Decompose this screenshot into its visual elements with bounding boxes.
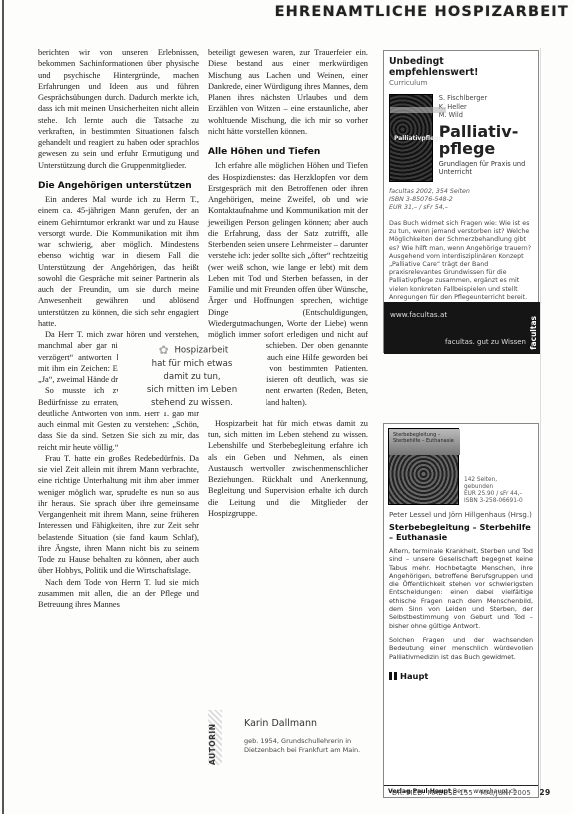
book-author: K. Heller <box>439 103 533 112</box>
author-box: AUTORIN Karin Dallmann geb. 1954, Grunds… <box>208 708 368 768</box>
ad-footer: www.facultas.at facultas. gut zu Wissen … <box>384 302 540 354</box>
quote-line: damit zu tun, <box>118 371 266 384</box>
book-cover-image: Sterbebegleitung – Sterbehilfe – Euthana… <box>388 428 459 505</box>
book-info: Sterbebegleitung – Sterbehilfe – Euthana… <box>384 424 538 505</box>
paragraph: Hospizarbeit hat für mich etwas damit zu… <box>208 418 368 519</box>
paragraph: Nach dem Tode von Herrn T. lud sie mich … <box>38 577 199 611</box>
paragraph: Ein anderes Mal wurde ich zu Herrn T., e… <box>38 194 199 329</box>
quote-line: hat für mich etwas <box>118 358 266 371</box>
paragraph: beteiligt gewesen waren, zur Trauerfeier… <box>208 47 368 137</box>
subheading: Alle Höhen und Tiefen <box>208 147 368 158</box>
publisher-url[interactable]: www.facultas.at <box>390 310 447 319</box>
column-divider <box>540 48 541 798</box>
ad-description: Das Buch widmet sich Fragen wie: Wie ist… <box>384 212 538 302</box>
author-name: Karin Dallmann <box>244 718 317 729</box>
author-label: AUTORIN <box>208 710 222 765</box>
book-cover-image: Palliativpflege <box>389 94 433 182</box>
book-editors: Peter Lessel und Jörn Hillgenhaus (Hrsg.… <box>384 505 538 520</box>
subheading: Die Angehörigen unterstützen <box>38 181 199 192</box>
page-footer: DR. MED. MABUSE 155 · MAI/JUNI 2005 29 <box>392 788 550 797</box>
book-author: M. Wild <box>439 111 533 120</box>
section-header: EHRENAMTLICHE HOSPIZARBEIT <box>275 4 569 20</box>
author-bio: geb. 1954, Grundschullehrerin in Dietzen… <box>244 737 364 754</box>
page-number: 29 <box>539 788 550 797</box>
quote-line: stehend zu wissen. <box>118 397 266 410</box>
book-title: Sterbebegleitung – Sterbehilfe – Euthana… <box>384 520 538 542</box>
publisher-slogan: facultas. gut zu Wissen <box>445 338 526 346</box>
book-author: S. Fischlberger <box>439 94 533 103</box>
facultas-logo-icon: facultas <box>529 316 538 350</box>
book-ad-palliativpflege: Unbedingt empfehlenswert! Curriculum Pal… <box>383 50 539 353</box>
quote-line: sich mitten im Leben <box>118 384 266 397</box>
paragraph: Frau T. hatte ein großes Redebedürfnis. … <box>38 453 199 577</box>
book-title: Palliativ-pflege <box>439 123 533 157</box>
publisher-brand: Haupt <box>384 667 538 683</box>
book-meta: 142 Seiten, gebunden EUR 25.90 / sFr 44,… <box>459 477 523 505</box>
pull-quote: ✿ Hospizarbeit hat für mich etwas damit … <box>118 342 266 412</box>
article-column-2: beteiligt gewesen waren, zur Trauerfeier… <box>208 47 368 519</box>
paragraph: berichten wir von unseren Erlebnissen, b… <box>38 47 199 171</box>
haupt-logo-icon <box>389 672 392 680</box>
page-binding-edge <box>2 0 4 814</box>
ad-headline: Unbedingt empfehlenswert! <box>384 51 538 78</box>
book-meta: facultas 2002, 354 Seiten ISBN 3-85076-5… <box>384 182 538 212</box>
book-subtitle: Grundlagen für Praxis und Unterricht <box>439 160 533 177</box>
article-column-1: berichten wir von unseren Erlebnissen, b… <box>38 47 199 610</box>
quote-line: Hospizarbeit <box>174 346 228 356</box>
ad-description: Altern, terminale Krankheit, Sterben und… <box>384 542 538 661</box>
flower-icon: ✿ <box>156 344 172 356</box>
journal-issue: DR. MED. MABUSE 155 · MAI/JUNI 2005 <box>392 789 531 797</box>
ad-subtitle: Curriculum <box>384 78 538 88</box>
book-ad-sterbebegleitung: Sterbebegleitung – Sterbehilfe – Euthana… <box>383 423 539 798</box>
book-info: Palliativpflege S. Fischlberger K. Helle… <box>384 88 538 182</box>
